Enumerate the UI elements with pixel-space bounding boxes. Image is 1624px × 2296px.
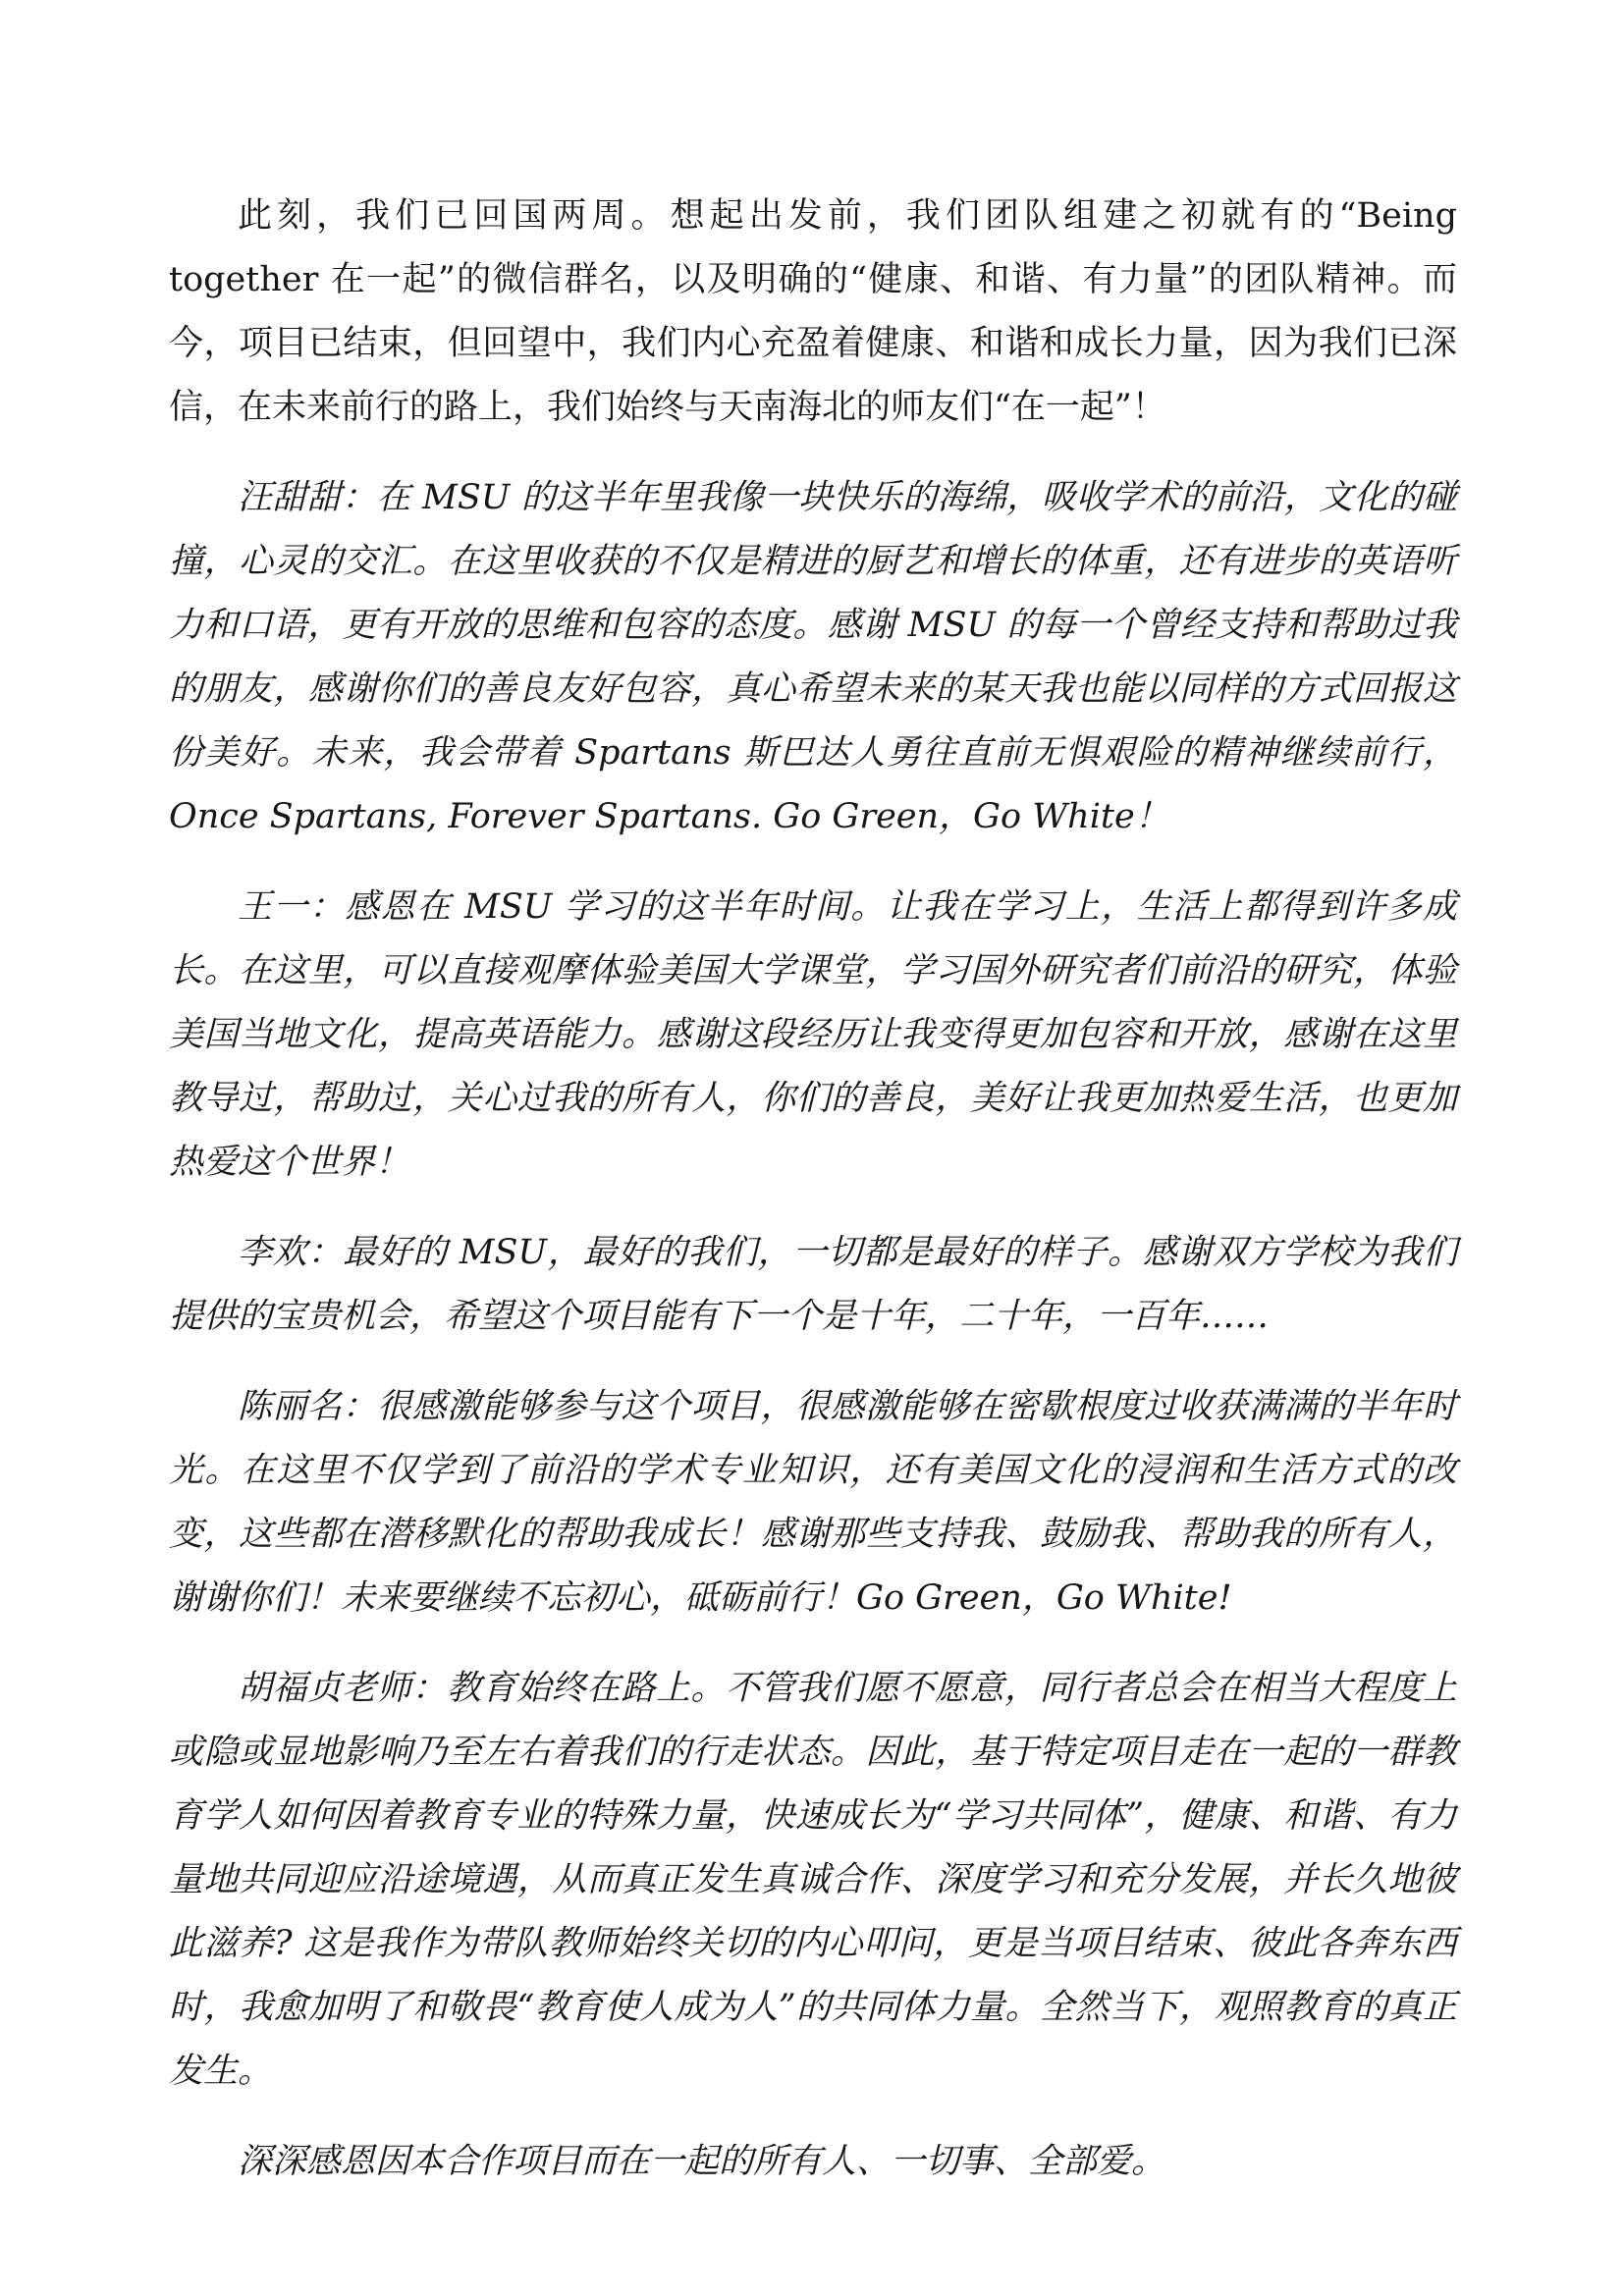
paragraph-wang-tiantian-testimonial: 汪甜甜：在 MSU 的这半年里我像一块快乐的海绵，吸收学术的前沿，文化的碰撞，心… xyxy=(169,466,1457,849)
document-page: 此刻，我们已回国两周。想起出发前，我们团队组建之初就有的“Being toget… xyxy=(0,0,1624,2296)
paragraph-intro: 此刻，我们已回国两周。想起出发前，我们团队组建之初就有的“Being toget… xyxy=(169,185,1457,440)
paragraph-chen-liming-testimonial: 陈丽名：很感激能够参与这个项目，很感激能够在密歇根度过收获满满的半年时光。在这里… xyxy=(169,1375,1457,1630)
paragraph-wang-yi-testimonial: 王一：感恩在 MSU 学习的这半年时间。让我在学习上，生活上都得到许多成长。在这… xyxy=(169,876,1457,1195)
paragraph-hu-fuzhen-testimonial: 胡福贞老师：教育始终在路上。不管我们愿不愿意，同行者总会在相当大程度上或隐或显地… xyxy=(169,1657,1457,2104)
paragraph-li-huan-testimonial: 李欢：最好的 MSU，最好的我们，一切都是最好的样子。感谢双方学校为我们提供的宝… xyxy=(169,1221,1457,1349)
paragraph-closing: 深深感恩因本合作项目而在一起的所有人、一切事、全部爱。 xyxy=(169,2130,1457,2194)
